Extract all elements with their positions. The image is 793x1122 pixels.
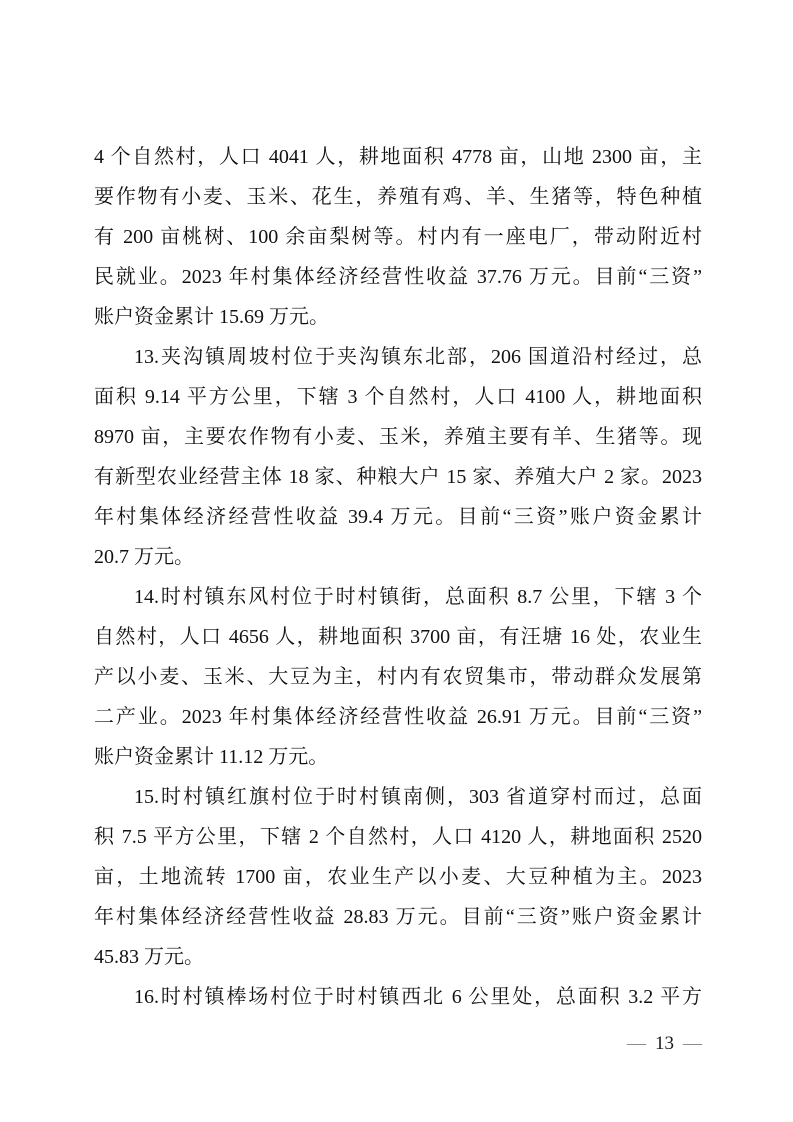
document-body: 4 个自然村，人口 4041 人，耕地面积 4778 亩，山地 2300 亩，主… <box>94 137 702 1017</box>
text-line: 面积 9.14 平方公里，下辖 3 个自然村，人口 4100 人，耕地面积 <box>94 377 702 417</box>
text-line: 二产业。2023 年村集体经济经营性收益 26.91 万元。目前“三资” <box>94 697 702 737</box>
text-line: 年村集体经济经营性收益 39.4 万元。目前“三资”账户资金累计 <box>94 497 702 537</box>
text-line: 产以小麦、玉米、大豆为主，村内有农贸集市，带动群众发展第 <box>94 657 702 697</box>
text-line: 4 个自然村，人口 4041 人，耕地面积 4778 亩，山地 2300 亩，主 <box>94 137 702 177</box>
paragraph-item-16: 16.时村镇棒场村位于时村镇西北 6 公里处，总面积 3.2 平方 <box>94 977 702 1017</box>
text-line: 亩，土地流转 1700 亩，农业生产以小麦、大豆种植为主。2023 <box>94 857 702 897</box>
text-line: 民就业。2023 年村集体经济经营性收益 37.76 万元。目前“三资” <box>94 257 702 297</box>
text-line: 16.时村镇棒场村位于时村镇西北 6 公里处，总面积 3.2 平方 <box>94 977 702 1017</box>
text-line: 账户资金累计 15.69 万元。 <box>94 297 702 337</box>
text-line: 13.夹沟镇周坡村位于夹沟镇东北部，206 国道沿村经过，总 <box>94 337 702 377</box>
paragraph-item-13: 13.夹沟镇周坡村位于夹沟镇东北部，206 国道沿村经过，总 面积 9.14 平… <box>94 337 702 577</box>
footer-dash-left: — <box>627 1031 646 1057</box>
text-line: 14.时村镇东风村位于时村镇街，总面积 8.7 公里，下辖 3 个 <box>94 577 702 617</box>
page-number: 13 <box>655 1031 674 1057</box>
text-line: 账户资金累计 11.12 万元。 <box>94 737 702 777</box>
text-line: 8970 亩，主要农作物有小麦、玉米，养殖主要有羊、生猪等。现 <box>94 417 702 457</box>
paragraph-item-14: 14.时村镇东风村位于时村镇街，总面积 8.7 公里，下辖 3 个 自然村，人口… <box>94 577 702 777</box>
text-line: 20.7 万元。 <box>94 537 702 577</box>
text-line: 有 200 亩桃树、100 余亩梨树等。村内有一座电厂，带动附近村 <box>94 217 702 257</box>
text-line: 自然村，人口 4656 人，耕地面积 3700 亩，有汪塘 16 处，农业生 <box>94 617 702 657</box>
text-line: 15.时村镇红旗村位于时村镇南侧，303 省道穿村而过，总面 <box>94 777 702 817</box>
document-page: 4 个自然村，人口 4041 人，耕地面积 4778 亩，山地 2300 亩，主… <box>0 0 793 1122</box>
text-line: 有新型农业经营主体 18 家、种粮大户 15 家、养殖大户 2 家。2023 <box>94 457 702 497</box>
text-line: 45.83 万元。 <box>94 937 702 977</box>
text-line: 积 7.5 平方公里，下辖 2 个自然村，人口 4120 人，耕地面积 2520 <box>94 817 702 857</box>
text-line: 要作物有小麦、玉米、花生，养殖有鸡、羊、生猪等，特色种植 <box>94 177 702 217</box>
footer-dash-right: — <box>683 1031 702 1057</box>
text-line: 年村集体经济经营性收益 28.83 万元。目前“三资”账户资金累计 <box>94 897 702 937</box>
paragraph-continuation: 4 个自然村，人口 4041 人，耕地面积 4778 亩，山地 2300 亩，主… <box>94 137 702 337</box>
page-footer: — 13 — <box>627 1031 702 1057</box>
paragraph-item-15: 15.时村镇红旗村位于时村镇南侧，303 省道穿村而过，总面 积 7.5 平方公… <box>94 777 702 977</box>
